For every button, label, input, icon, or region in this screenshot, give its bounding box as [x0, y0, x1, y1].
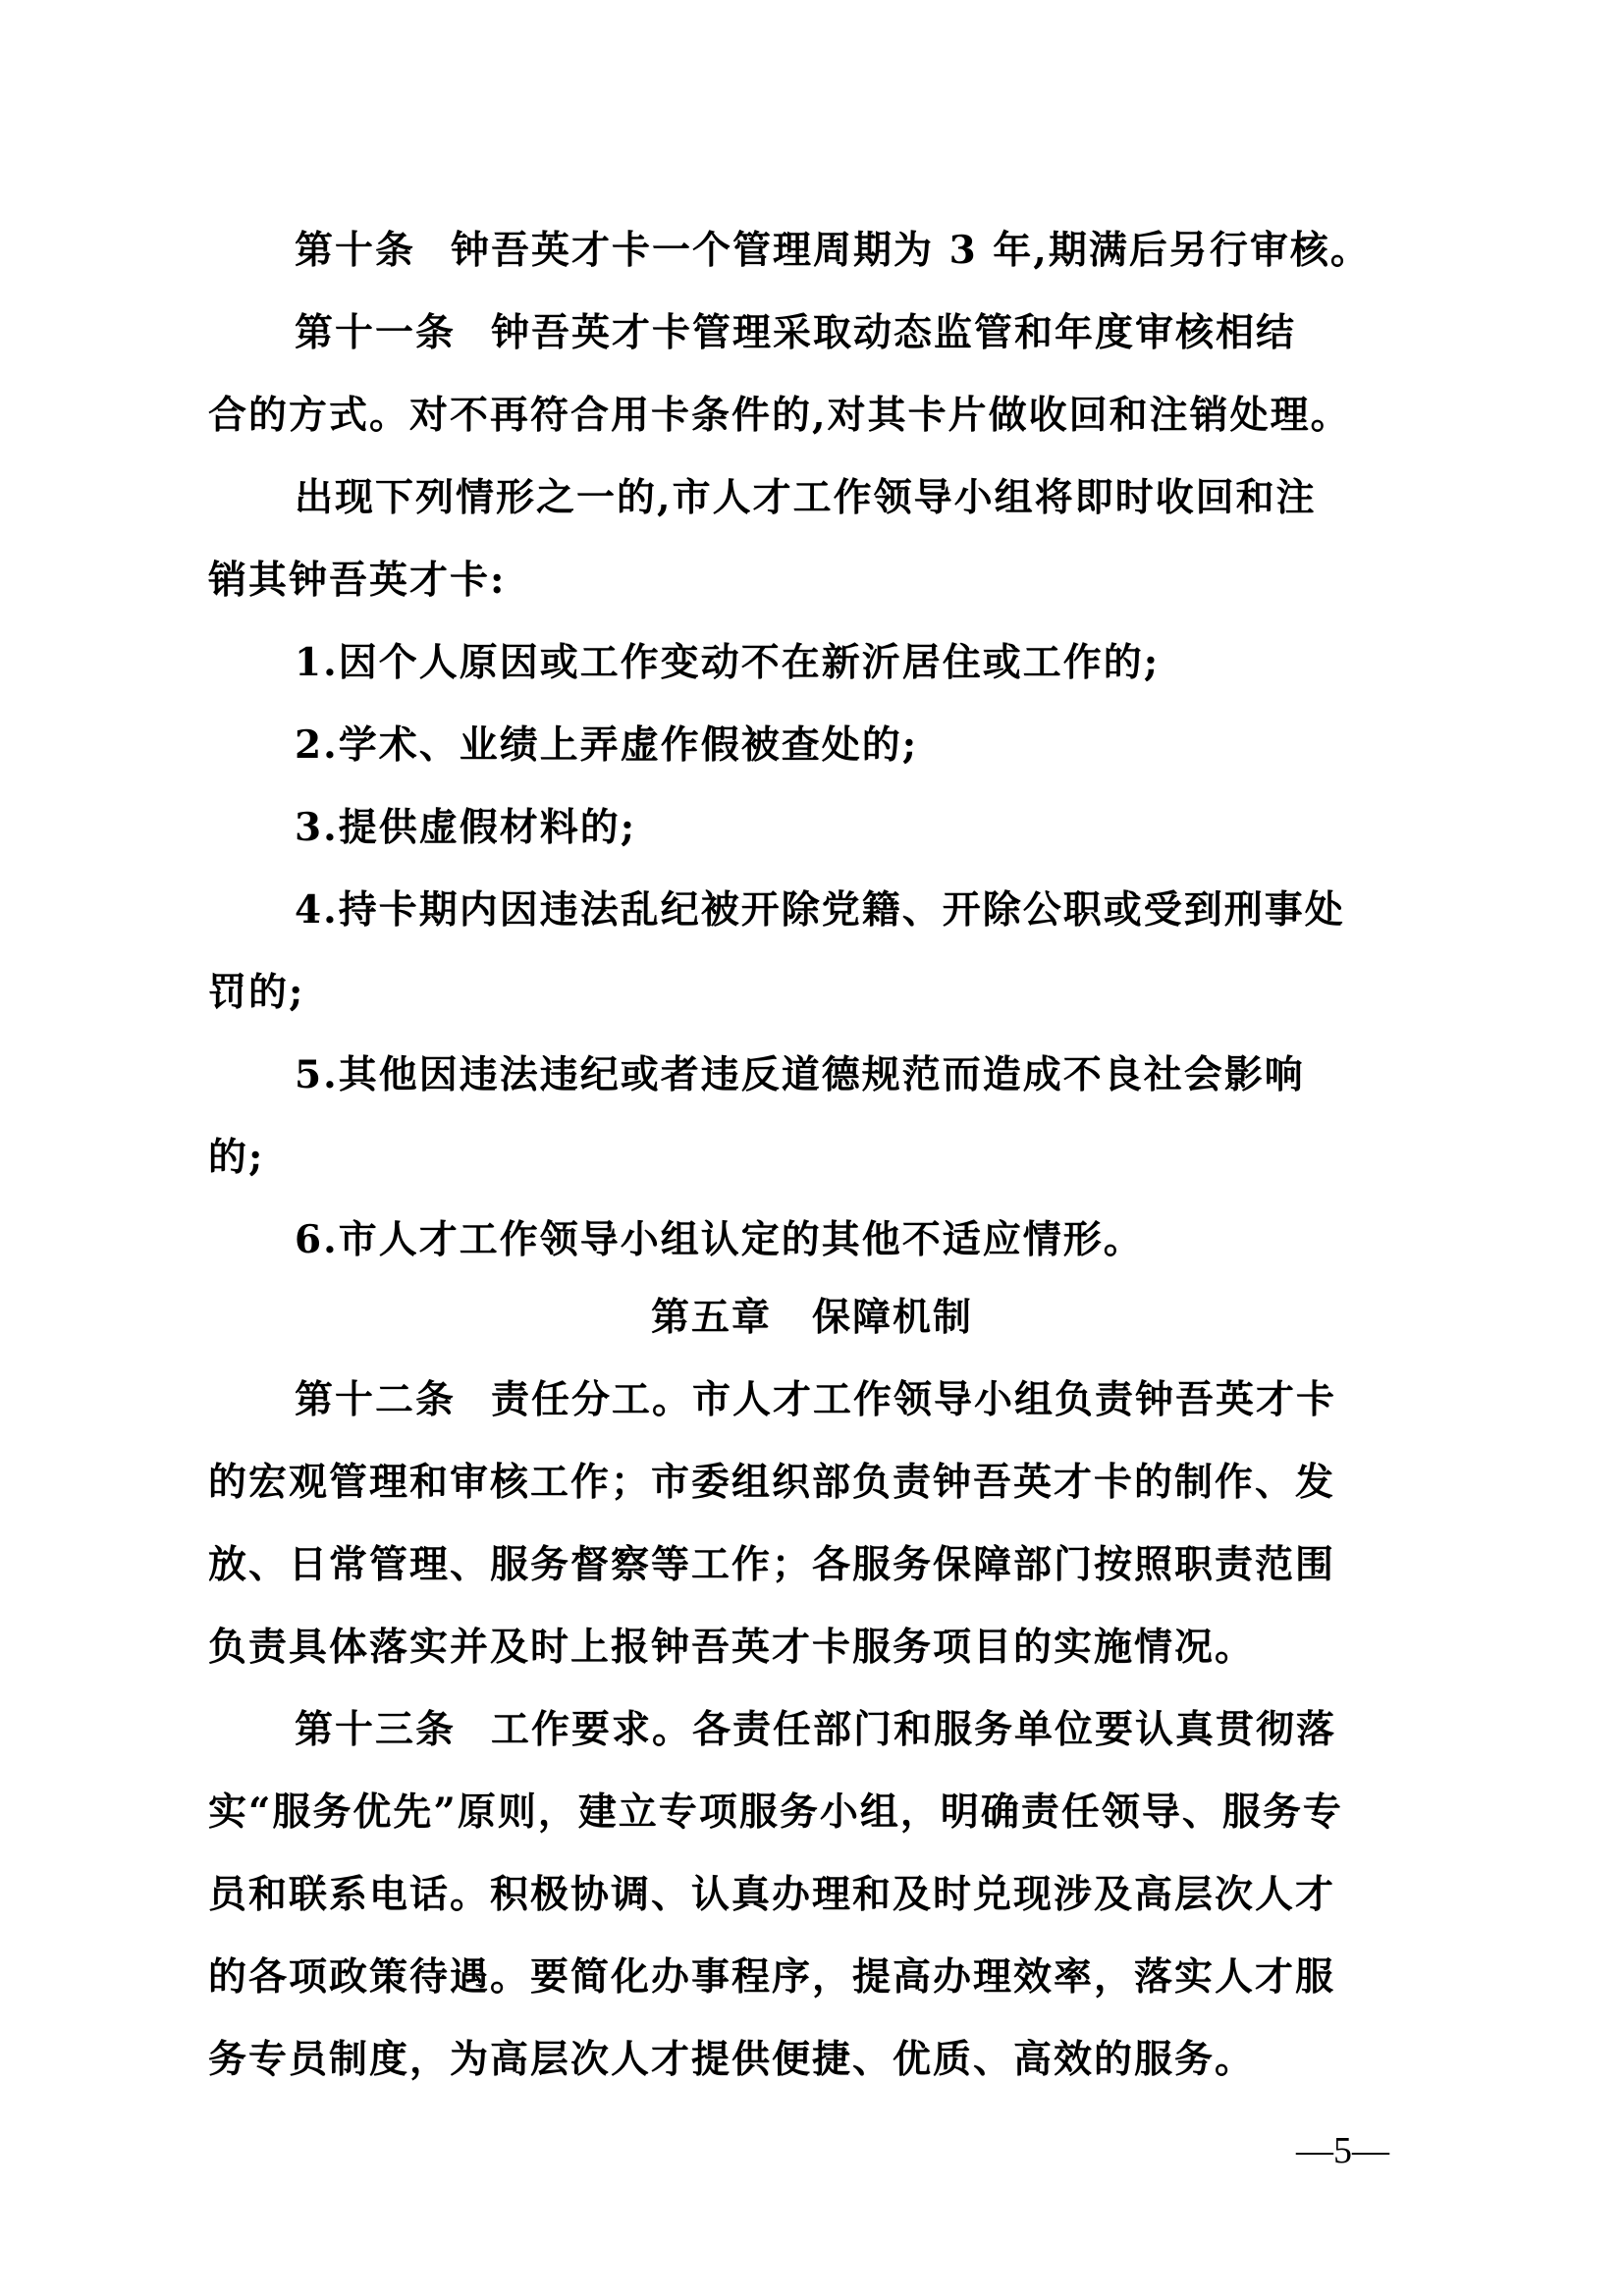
article-13-line-2: 实“服务优先”原则，建立专项服务小组，明确责任领导、服务专	[208, 1771, 1426, 1853]
article-10-text: 钟吾英才卡一个管理周期为 3 年,期满后另行审核。	[451, 228, 1371, 273]
article-10-number: 第十条	[295, 209, 415, 292]
revoke-item-4-line-1: 4.持卡期内因违法乱纪被开除党籍、开除公职或受到刑事处	[295, 869, 1512, 951]
article-11-line-2: 合的方式。对不再符合用卡条件的,对其卡片做收回和注销处理。	[208, 374, 1426, 456]
article-12-line-3: 放、日常管理、服务督察等工作；各服务保障部门按照职责范围	[208, 1523, 1426, 1606]
revoke-item-5-line-2: 的;	[208, 1116, 1426, 1199]
article-13-number: 第十三条	[295, 1688, 456, 1771]
article-12-line-2: 的宏观管理和审核工作；市委组织部负责钟吾英才卡的制作、发	[208, 1441, 1426, 1523]
revoke-intro-line-2: 销其钟吾英才卡:	[208, 539, 1426, 621]
article-13-text-1: 工作要求。各责任部门和服务单位要认真贯彻落	[491, 1707, 1336, 1752]
revoke-item-6: 6.市人才工作领导小组认定的其他不适应情形。	[295, 1199, 1512, 1281]
article-11-line-1: 第十一条钟吾英才卡管理采取动态监管和年度审核相结	[295, 292, 1512, 374]
article-13-line-3: 员和联系电话。积极协调、认真办理和及时兑现涉及高层次人才	[208, 1853, 1426, 1936]
article-12-number: 第十二条	[295, 1359, 456, 1441]
revoke-item-3: 3.提供虚假材料的;	[295, 786, 1512, 869]
revoke-item-4-line-2: 罚的;	[208, 951, 1426, 1034]
revoke-item-1: 1.因个人原因或工作变动不在新沂居住或工作的;	[295, 621, 1512, 704]
article-13-line-4: 的各项政策待遇。要简化办事程序，提高办理效率，落实人才服	[208, 1936, 1426, 2018]
article-13-line-5: 务专员制度，为高层次人才提供便捷、优质、高效的服务。	[208, 2018, 1426, 2101]
article-12-line-1: 第十二条责任分工。市人才工作领导小组负责钟吾英才卡	[295, 1359, 1512, 1441]
article-12-text-1: 责任分工。市人才工作领导小组负责钟吾英才卡	[491, 1377, 1336, 1422]
article-11-number: 第十一条	[295, 292, 456, 374]
revoke-intro-line-1: 出现下列情形之一的,市人才工作领导小组将即时收回和注	[295, 456, 1512, 539]
article-10-line-1: 第十条钟吾英才卡一个管理周期为 3 年,期满后另行审核。	[295, 209, 1512, 292]
article-11-text-1: 钟吾英才卡管理采取动态监管和年度审核相结	[491, 310, 1296, 355]
article-13-line-1: 第十三条工作要求。各责任部门和服务单位要认真贯彻落	[295, 1688, 1512, 1771]
revoke-item-2: 2.学术、业绩上弄虚作假被查处的;	[295, 704, 1512, 786]
page-number: —5—	[1296, 2126, 1473, 2175]
revoke-item-5-line-1: 5.其他因违法违纪或者违反道德规范而造成不良社会影响	[295, 1034, 1512, 1116]
article-12-line-4: 负责具体落实并及时上报钟吾英才卡服务项目的实施情况。	[208, 1606, 1426, 1688]
document-page: 第十条钟吾英才卡一个管理周期为 3 年,期满后另行审核。 第十一条钟吾英才卡管理…	[0, 0, 1624, 2296]
chapter-5-title: 第五章 保障机制	[0, 1276, 1624, 1359]
